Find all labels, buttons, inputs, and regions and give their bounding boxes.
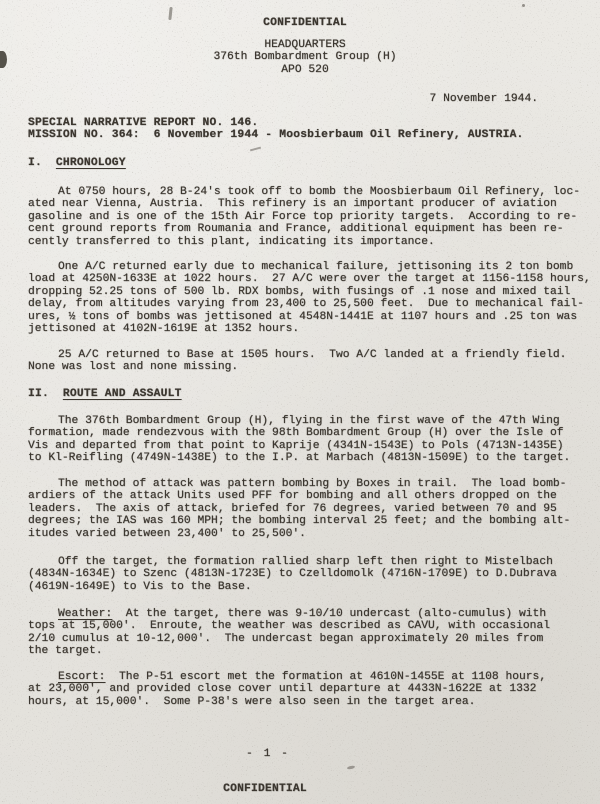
paragraph: The 376th Bombardment Group (H), flying …: [28, 415, 600, 465]
text-line: formation, made rendezvous with the 98th…: [28, 427, 600, 439]
weather-label: Weather:: [58, 608, 112, 620]
scan-artifact: [0, 51, 7, 68]
paragraph: The method of attack was pattern bombing…: [28, 478, 600, 540]
text-line: the target.: [28, 645, 600, 657]
text-line: at 23,000', and provided close cover unt…: [28, 683, 600, 695]
text-line: jettisoned at 4102N-1619E at 1352 hours.: [28, 323, 600, 335]
report-title: SPECIAL NARRATIVE REPORT NO. 146.: [28, 117, 600, 129]
paragraph-weather: Weather: At the target, there was 9-10/1…: [28, 608, 600, 658]
text-line: load at 4250N-1633E at 1022 hours. 27 A/…: [28, 273, 600, 285]
text-line: Off the target, the formation rallied sh…: [28, 556, 600, 568]
classification-top: CONFIDENTIAL: [10, 17, 600, 29]
escort-label: Escort:: [58, 671, 105, 683]
text-line: One A/C returned early due to mechanical…: [28, 261, 600, 273]
text-line: At 0750 hours, 28 B-24's took off to bom…: [28, 186, 600, 198]
text-line: The 376th Bombardment Group (H), flying …: [28, 415, 600, 427]
text-line: Weather: At the target, there was 9-10/1…: [28, 608, 600, 620]
text-line: delay, from altitudes varying from 23,40…: [28, 298, 600, 310]
paragraph: At 0750 hours, 28 B-24's took off to bom…: [28, 186, 600, 248]
section-number: II.: [28, 388, 63, 400]
text-line: 25 A/C returned to Base at 1505 hours. T…: [28, 349, 600, 361]
text-line: (4619N-1649E) to Vis to the Base.: [28, 581, 600, 593]
text-line: The method of attack was pattern bombing…: [28, 478, 600, 490]
text-line: tops at 15,000'. Enroute, the weather wa…: [28, 620, 600, 632]
page-number: - 1 -: [0, 748, 536, 760]
text-line: ated near Vienna, Austria. This refinery…: [28, 198, 600, 210]
text-line: gasoline and is one of the 15th Air Forc…: [28, 211, 600, 223]
text-line: 2/10 cumulus at 10-12,000'. The undercas…: [28, 633, 600, 645]
text-line: cent ground reports from Roumania and Fr…: [28, 223, 600, 235]
text-line: Escort: The P-51 escort met the formatio…: [28, 671, 600, 683]
text-line: None was lost and none missing.: [28, 361, 600, 373]
scan-artifact: [250, 147, 261, 152]
document-date: 7 November 1944.: [430, 93, 538, 105]
text-line: The P-51 escort met the formation at 461…: [105, 671, 546, 683]
text-line: leaders. The axis of attack, briefed for…: [28, 503, 600, 515]
paragraph-escort: Escort: The P-51 escort met the formatio…: [28, 671, 600, 708]
text-line: hours, at 15,000'. Some P-38's were also…: [28, 696, 600, 708]
text-line: dropping 52.25 tons of 500 lb. RDX bombs…: [28, 286, 600, 298]
document-page: CONFIDENTIAL HEADQUARTERS 376th Bombardm…: [0, 0, 600, 804]
section-heading-route-and-assault: II. ROUTE AND ASSAULT: [28, 388, 600, 400]
letterhead-apo: APO 520: [10, 64, 600, 76]
text-line: At the target, there was 9-10/10 underca…: [112, 608, 546, 620]
classification-bottom: CONFIDENTIAL: [0, 783, 530, 795]
text-line: itudes varied between 23,400' to 25,500'…: [28, 528, 600, 540]
section-heading-chronology: I. CHRONOLOGY: [28, 157, 600, 169]
text-line: ures, ½ tons of bombs was jettisoned at …: [28, 311, 600, 323]
letterhead-group: 376th Bombardment Group (H): [10, 51, 600, 63]
text-line: cently transferred to this plant, indica…: [28, 236, 600, 248]
letterhead: HEADQUARTERS 376th Bombardment Group (H)…: [10, 39, 600, 76]
scan-artifact: [522, 4, 525, 7]
text-line: (4834N-1634E) to Szenc (4813N-1723E) to …: [28, 568, 600, 580]
text-line: ardiers of the attack Units used PFF for…: [28, 490, 600, 502]
paragraph: 25 A/C returned to Base at 1505 hours. T…: [28, 349, 600, 374]
text-line: to Kl-Reifling (4749N-1438E) to the I.P.…: [28, 452, 600, 464]
section-title: ROUTE AND ASSAULT: [63, 388, 182, 400]
report-heading: SPECIAL NARRATIVE REPORT NO. 146. MISSIO…: [28, 117, 600, 142]
section-number: I.: [28, 157, 56, 169]
scan-artifact: [347, 765, 355, 770]
paragraph: Off the target, the formation rallied sh…: [28, 556, 600, 593]
paragraph: One A/C returned early due to mechanical…: [28, 261, 600, 336]
text-line: degrees; the IAS was 160 MPH; the bombin…: [28, 515, 600, 527]
text-line: Vis and departed from that point to Kapr…: [28, 440, 600, 452]
mission-line: MISSION NO. 364: 6 November 1944 - Moosb…: [28, 129, 600, 141]
letterhead-headquarters: HEADQUARTERS: [10, 39, 600, 51]
section-title: CHRONOLOGY: [56, 157, 126, 169]
